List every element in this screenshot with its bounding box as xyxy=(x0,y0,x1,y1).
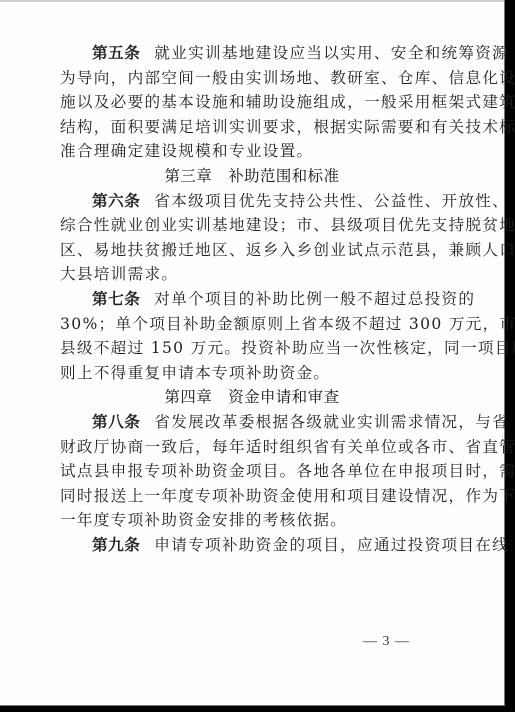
text-line: 就业实训基地建设应当以实用、安全和统筹资源 xyxy=(154,44,509,62)
article-label: 第六条 xyxy=(92,191,140,210)
text-line: 对单个项目的补助比例一般不超过总投资的 xyxy=(154,290,475,308)
text-line: 试点县申报专项补助资金项目。各地各单位在申报项目时，需 xyxy=(60,459,444,484)
text-line: 财政厅协商一致后，每年适时组织省有关单位或各市、省直管 xyxy=(60,435,444,460)
text-line: 县级不超过 150 万元。投资补助应当一次性核定，同一项目原 xyxy=(60,336,444,361)
text-line: 30%；单个项目补助金额原则上省本级不超过 300 万元，市、 xyxy=(60,312,444,337)
text-line: 结构，面积要满足培训实训要求，根据实际需要和有关技术标 xyxy=(60,115,444,140)
document-page: 第五条就业实训基地建设应当以实用、安全和统筹资源 为导向，内部空间一般由实训场地… xyxy=(0,0,505,706)
page-number: — 3 — xyxy=(363,634,410,650)
chapter-heading-4: 第四章资金申请和审查 xyxy=(60,385,444,410)
text-line: 为导向，内部空间一般由实训场地、教研室、仓库、信息化设 xyxy=(60,66,444,91)
article-label: 第七条 xyxy=(92,289,140,308)
article-8: 第八条省发展改革委根据各级就业实训需求情况，与省 财政厅协商一致后，每年适时组织… xyxy=(60,410,444,533)
article-9: 第九条申请专项补助资金的项目，应通过投资项目在线 xyxy=(60,533,444,558)
article-5: 第五条就业实训基地建设应当以实用、安全和统筹资源 为导向，内部空间一般由实训场地… xyxy=(60,41,444,164)
article-6: 第六条省本级项目优先支持公共性、公益性、开放性、 综合性就业创业实训基地建设；市… xyxy=(60,189,444,287)
page-body: 第五条就业实训基地建设应当以实用、安全和统筹资源 为导向，内部空间一般由实训场地… xyxy=(60,41,444,557)
chapter-heading-3: 第三章补助范围和标准 xyxy=(60,164,444,189)
text-line: 同时报送上一年度专项补助资金使用和项目建设情况，作为下 xyxy=(60,484,444,509)
text-line: 区、易地扶贫搬迁地区、返乡入乡创业试点示范县，兼顾人口 xyxy=(60,238,444,263)
text-line: 大县培训需求。 xyxy=(60,262,444,287)
article-label: 第八条 xyxy=(92,412,140,431)
article-7: 第七条对单个项目的补助比例一般不超过总投资的 30%；单个项目补助金额原则上省本… xyxy=(60,287,444,385)
chapter-title: 补助范围和标准 xyxy=(228,167,339,185)
text-line: 施以及必要的基本设施和辅助设施组成，一般采用框架式建筑 xyxy=(60,90,444,115)
text-line: 一年度专项补助资金安排的考核依据。 xyxy=(60,508,444,533)
chapter-number: 第三章 xyxy=(165,167,213,185)
top-border xyxy=(0,0,504,2)
text-line: 申请专项补助资金的项目，应通过投资项目在线 xyxy=(154,536,509,554)
article-label: 第九条 xyxy=(92,535,140,554)
text-line: 省发展改革委根据各级就业实训需求情况，与省 xyxy=(154,413,509,431)
chapter-number: 第四章 xyxy=(165,388,213,406)
article-label: 第五条 xyxy=(92,43,140,62)
text-line: 准合理确定建设规模和专业设置。 xyxy=(60,139,444,164)
chapter-title: 资金申请和审查 xyxy=(228,388,339,406)
text-line: 省本级项目优先支持公共性、公益性、开放性、 xyxy=(154,192,509,210)
text-line: 则上不得重复申请本专项补助资金。 xyxy=(60,361,444,386)
text-line: 综合性就业创业实训基地建设；市、县级项目优先支持脱贫地 xyxy=(60,213,444,238)
